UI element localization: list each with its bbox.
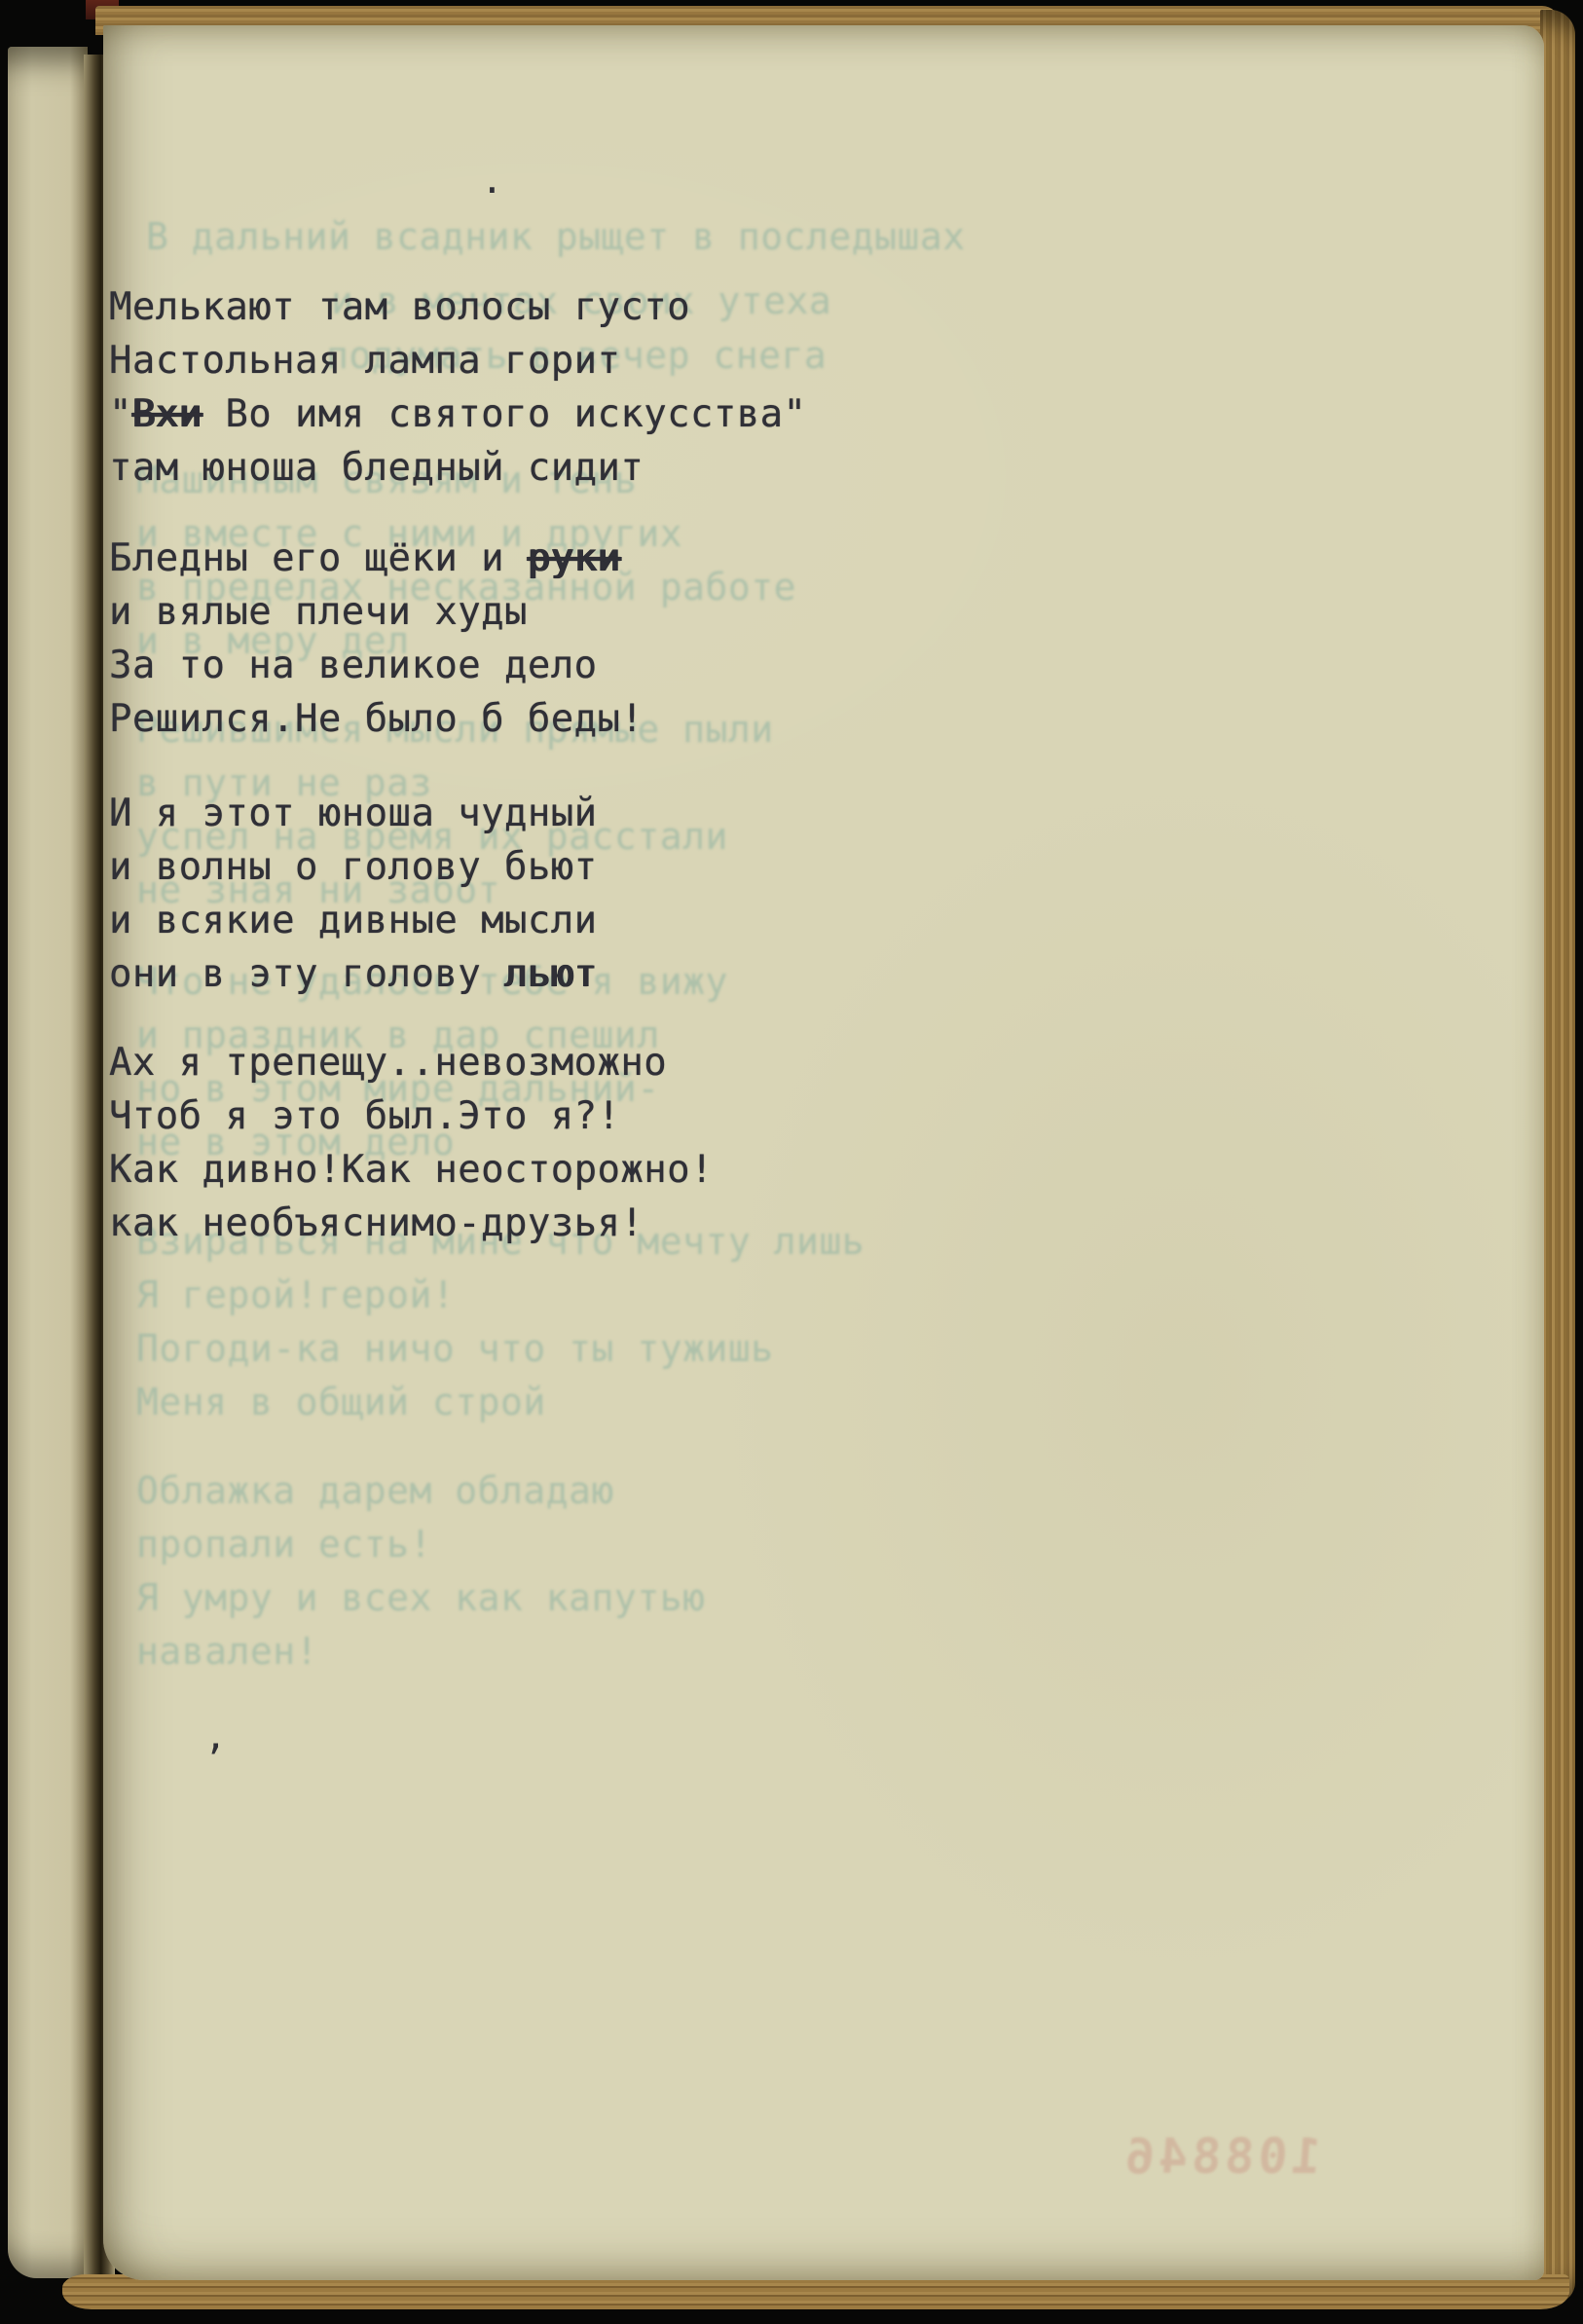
ghost-line: Я умру и всех как капутью — [136, 1579, 705, 1616]
previous-page-edge — [8, 47, 88, 2278]
poem-word: и всякие дивные мысли — [109, 899, 597, 942]
poem-word: И я этот юноша чудный — [109, 792, 597, 835]
poem-line: и волны о голову бьют — [109, 840, 598, 894]
poem-line: Настольная лампа горит — [109, 334, 806, 387]
ghost-line: В дальний всадник рыщет в последышах — [146, 218, 966, 255]
poem-word: Чтоб я это был.Это я?! — [109, 1094, 620, 1138]
stanza: Бледны его щёки и рукии вялые плечи худы… — [109, 532, 644, 746]
poem-word: как необъяснимо-друзья! — [109, 1201, 644, 1245]
ghost-line: Погоди-ка ничо что ты тужишь — [136, 1330, 774, 1367]
poem-line: "Вхи Во имя святого искусства" — [109, 387, 806, 441]
poem-word: они в эту голову — [109, 952, 504, 996]
ghost-line: Меня в общий строй — [136, 1383, 546, 1420]
poem-line: Чтоб я это был.Это я?! — [109, 1089, 714, 1143]
poem-line: За то на великое дело — [109, 639, 644, 692]
poem-word: там юноша бледный сидит — [109, 446, 644, 490]
page-stack-edge-right — [1540, 10, 1575, 2304]
stanza: Ах я трепещу..невозможноЧтоб я это был.Э… — [109, 1036, 714, 1250]
poem-line: Ах я трепещу..невозможно — [109, 1036, 714, 1089]
stanza: И я этот юноша чудныйи волны о голову бь… — [109, 787, 598, 1001]
ink-speck: . — [481, 162, 503, 199]
poem-word: Мелькают там волосы густо — [109, 285, 690, 329]
poem-word: Бледны его щёки и — [109, 536, 528, 580]
poem-word: и волны о голову бьют — [109, 845, 597, 889]
poem-word: и вялые плечи худы — [109, 590, 528, 634]
overstruck-word: льют — [504, 952, 598, 996]
book-scan: В дальний всадник рыщет в последышахи в … — [0, 0, 1583, 2324]
ink-speck: , — [204, 1717, 227, 1754]
poem-line: они в эту голову льют — [109, 947, 598, 1001]
poem-line: Мелькают там волосы густо — [109, 280, 806, 334]
poem-word: Настольная лампа горит — [109, 339, 620, 383]
poem-line: как необъяснимо-друзья! — [109, 1197, 714, 1250]
ghost-line: Я герой!герой! — [136, 1276, 455, 1313]
poem-line: Решился.Не было б беды! — [109, 692, 644, 746]
poem-line: И я этот юноша чудный — [109, 787, 598, 840]
stanza: Мелькают там волосы густоНастольная ламп… — [109, 280, 806, 495]
poem-line: там юноша бледный сидит — [109, 441, 806, 495]
poem-line: и всякие дивные мысли — [109, 894, 598, 947]
poem-line: и вялые плечи худы — [109, 585, 644, 639]
poem-word: Как дивно!Как неосторожно! — [109, 1148, 714, 1192]
overstruck-word: руки — [528, 536, 621, 580]
archive-stamp: 108846 — [1120, 2128, 1323, 2185]
poem-word: За то на великое дело — [109, 644, 597, 687]
poem-word: Ах я трепещу..невозможно — [109, 1041, 667, 1085]
ghost-line: пропали есть! — [136, 1526, 432, 1563]
ghost-line: навален! — [136, 1633, 318, 1670]
poem-word: Во имя святого искусства" — [202, 392, 807, 436]
poem-word: Решился.Не было б беды! — [109, 697, 644, 741]
overstruck-word: Вхи — [132, 392, 202, 436]
ghost-line: Облажка дарем обладаю — [136, 1472, 614, 1509]
document-page: В дальний всадник рыщет в последышахи в … — [103, 25, 1544, 2280]
poem-word: " — [109, 392, 132, 436]
poem-line: Бледны его щёки и руки — [109, 532, 644, 585]
poem-line: Как дивно!Как неосторожно! — [109, 1143, 714, 1197]
